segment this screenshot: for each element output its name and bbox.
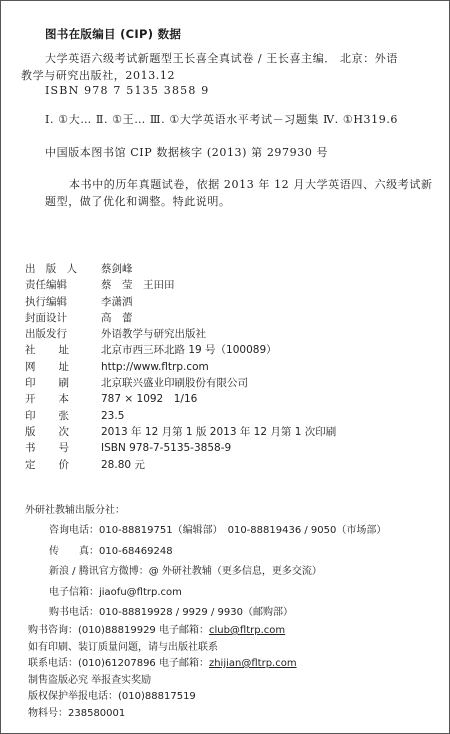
imprint-table: 出版人蔡剑峰责任编辑蔡 莹 王田田执行编辑李潇洒封面设计高 蕾出版发行外语教学与… — [25, 261, 336, 473]
imprint-row: 版次2013 年 12 月第 1 版 2013 年 12 月第 1 次印刷 — [25, 424, 336, 440]
branch-title: 外研社教辅出版分社： — [25, 501, 386, 521]
imprint-row: 执行编辑李潇洒 — [25, 294, 336, 310]
imprint-label-char: 张 — [59, 408, 70, 424]
imprint-label-char: 版 — [25, 424, 36, 440]
imprint-label-char: 封面设计 — [25, 310, 67, 326]
imprint-label-char: 社 — [25, 342, 36, 358]
copyright-page: 图书在版编目 (CIP) 数据 大学英语六级考试新题型王长喜全真试卷 / 王长喜… — [0, 0, 450, 734]
imprint-label: 印张 — [25, 408, 69, 424]
imprint-label-char: 印 — [25, 375, 36, 391]
imprint-label: 执行编辑 — [25, 294, 81, 310]
imprint-label-char: 人 — [67, 261, 78, 277]
imprint-label-char: 责任编辑 — [25, 277, 67, 293]
imprint-label-char: 开 — [25, 391, 36, 407]
imprint-label: 出版人 — [25, 261, 77, 277]
purchase-inquiry-label: 购书咨询：(010)88819929 电子邮箱： — [28, 625, 209, 636]
imprint-value: 2013 年 12 月第 1 版 2013 年 12 月第 1 次印刷 — [101, 424, 336, 440]
imprint-label: 书号 — [25, 440, 69, 456]
imprint-row: 印张23.5 — [25, 408, 336, 424]
imprint-row: 开本787 × 1092 1/16 — [25, 391, 336, 407]
club-email-link[interactable]: club@fltrp.com — [209, 625, 285, 636]
imprint-label-char: 版 — [46, 261, 57, 277]
imprint-label: 网址 — [25, 359, 69, 375]
imprint-label-char: 出版发行 — [25, 326, 67, 342]
cip-title: 图书在版编目 (CIP) 数据 — [45, 26, 181, 42]
imprint-label-char: 本 — [59, 391, 70, 407]
imprint-value: 外语教学与研究出版社 — [101, 326, 206, 342]
imprint-label-char: 印 — [25, 408, 36, 424]
imprint-label-char: 执行编辑 — [25, 294, 67, 310]
imprint-value: 28.80 元 — [101, 457, 145, 473]
branch-weibo: 新浪 / 腾讯官方微博：@ 外研社教辅（更多信息，更多交流） — [49, 562, 386, 583]
imprint-label-char: 号 — [59, 440, 70, 456]
imprint-value: 蔡 莹 王田田 — [101, 277, 175, 293]
quality-notice: 如有印刷、装订质量问题，请与出版社联系 — [28, 640, 297, 657]
imprint-value: 蔡剑峰 — [101, 261, 133, 277]
material-number: 物料号：238580001 — [28, 706, 297, 723]
imprint-row: 定价28.80 元 — [25, 457, 336, 473]
cip-verification-number: 中国版本图书馆 CIP 数据核字 (2013) 第 297930 号 — [45, 144, 328, 160]
imprint-label-char: 次 — [59, 424, 70, 440]
imprint-label-char: 定 — [25, 457, 36, 473]
cip-book-info-line-2: 教学与研究出版社，2013.12 — [21, 67, 175, 83]
copyright-hotline: 版权保护举报电话：(010)88817519 — [28, 689, 297, 706]
imprint-row: 出版人蔡剑峰 — [25, 261, 336, 277]
branch-purchase-phone: 购书电话：010-88819928 / 9929 / 9930（邮购部） — [49, 603, 386, 624]
imprint-row: 书号ISBN 978-7-5135-3858-9 — [25, 440, 336, 456]
purchase-inquiry: 购书咨询：(010)88819929 电子邮箱：club@fltrp.com — [28, 623, 297, 640]
cip-book-info-line-1: 大学英语六级考试新题型王长喜全真试卷 / 王长喜主编． 北京：外语 — [45, 50, 398, 66]
imprint-label-char: 网 — [25, 359, 36, 375]
imprint-label: 印刷 — [25, 375, 69, 391]
imprint-row: 网址http://www.fltrp.com — [25, 359, 336, 375]
imprint-value: 787 × 1092 1/16 — [101, 391, 197, 407]
imprint-label: 版次 — [25, 424, 69, 440]
imprint-value: 高 蕾 — [101, 310, 133, 326]
imprint-label-char: 出 — [25, 261, 36, 277]
zhijian-email-link[interactable]: zhijian@fltrp.com — [209, 658, 297, 669]
imprint-label-char: 刷 — [59, 375, 70, 391]
imprint-row: 社址北京市西三环北路 19 号（100089） — [25, 342, 336, 358]
imprint-label: 出版发行 — [25, 326, 81, 342]
quality-contact: 联系电话：(010)61207896 电子邮箱：zhijian@fltrp.co… — [28, 656, 297, 673]
imprint-label-char: 址 — [59, 359, 70, 375]
branch-contact-block: 外研社教辅出版分社： 咨询电话：010-88819751（编辑部） 010-88… — [25, 501, 386, 624]
piracy-notice: 制售盗版必究 举报查实奖励 — [28, 673, 297, 690]
branch-consult-phone: 咨询电话：010-88819751（编辑部） 010-88819436 / 90… — [49, 521, 386, 542]
imprint-label: 责任编辑 — [25, 277, 81, 293]
imprint-value: 李潇洒 — [101, 294, 133, 310]
imprint-value: 北京联兴盛业印刷股份有限公司 — [101, 375, 248, 391]
imprint-label: 社址 — [25, 342, 69, 358]
imprint-label-char: 址 — [59, 342, 70, 358]
imprint-label-char: 价 — [59, 457, 70, 473]
imprint-label: 定价 — [25, 457, 69, 473]
edition-note-line-1: 本书中的历年真题试卷，依据 2013 年 12 月大学英语四、六级考试新 — [69, 176, 433, 192]
imprint-row: 印刷北京联兴盛业印刷股份有限公司 — [25, 375, 336, 391]
imprint-row: 封面设计高 蕾 — [25, 310, 336, 326]
footer-contact-block: 购书咨询：(010)88819929 电子邮箱：club@fltrp.com 如… — [28, 623, 297, 722]
imprint-value: 北京市西三环北路 19 号（100089） — [101, 342, 277, 358]
imprint-value: ISBN 978-7-5135-3858-9 — [101, 440, 231, 456]
imprint-row: 责任编辑蔡 莹 王田田 — [25, 277, 336, 293]
cip-isbn: ISBN 978 7 5135 3858 9 — [45, 84, 209, 97]
imprint-label: 开本 — [25, 391, 69, 407]
imprint-label-char: 书 — [25, 440, 36, 456]
imprint-value: 23.5 — [101, 408, 124, 424]
imprint-row: 出版发行外语教学与研究出版社 — [25, 326, 336, 342]
cip-classification: Ⅰ. ①大… Ⅱ. ①王… Ⅲ. ①大学英语水平考试－习题集 Ⅳ. ①H319.… — [45, 111, 398, 127]
branch-fax: 传 真：010-68469248 — [49, 542, 386, 563]
imprint-value: http://www.fltrp.com — [101, 359, 209, 375]
edition-note-line-2: 题型，做了优化和调整。特此说明。 — [45, 193, 231, 209]
branch-email: 电子信箱：jiaofu@fltrp.com — [49, 583, 386, 604]
quality-contact-label: 联系电话：(010)61207896 电子邮箱： — [28, 658, 209, 669]
imprint-label: 封面设计 — [25, 310, 81, 326]
